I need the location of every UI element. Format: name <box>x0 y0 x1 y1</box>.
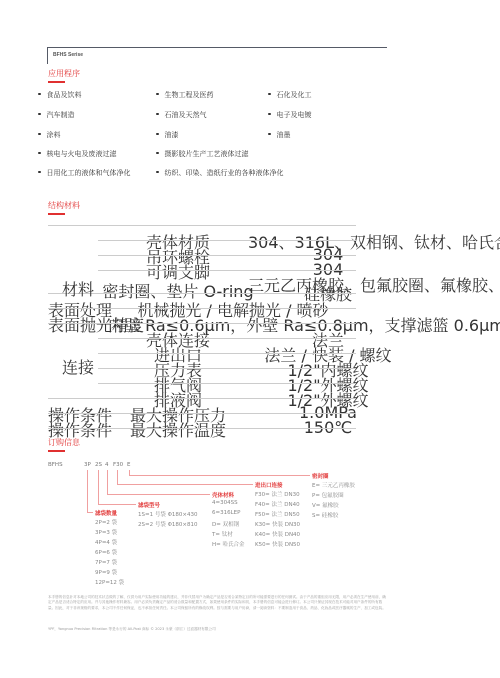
applications-title-text: 应用程序 <box>48 69 80 78</box>
option-item: 6=316LEP <box>212 510 240 516</box>
series-header: BFHS Serise <box>47 47 387 59</box>
code-part: E <box>127 462 130 468</box>
application-item: 食品及饮料 <box>38 90 82 100</box>
connector-line <box>98 470 99 504</box>
option-item: K40= 快装 DN40 <box>255 530 300 538</box>
connector-line <box>117 484 253 485</box>
option-group-title: 进出口连接 <box>255 481 283 489</box>
table-rule <box>48 323 356 324</box>
option-group-title: 密封圈 <box>312 472 329 480</box>
bullet-icon <box>156 113 159 116</box>
materials-title-text: 结构材料 <box>48 201 80 210</box>
bullet-icon <box>38 113 41 116</box>
table-rule <box>48 398 356 399</box>
option-item: H= 哈氏合金 <box>212 540 245 548</box>
table-rule <box>98 270 356 271</box>
application-label: 石化及化工 <box>277 91 312 99</box>
header-left-rule <box>47 48 48 64</box>
connector-line <box>87 470 88 512</box>
table-rule <box>98 383 356 384</box>
application-item: 涂料 <box>38 130 61 140</box>
bullet-icon <box>156 93 159 96</box>
option-item: P= 包氟胶圈 <box>312 491 344 499</box>
application-label: 油墨 <box>277 131 291 139</box>
code-part: 4 <box>105 462 109 468</box>
code-part: 2S <box>95 462 102 468</box>
option-item: 4=304SS <box>212 500 238 506</box>
bullet-icon <box>268 113 271 116</box>
application-item: 汽车制造 <box>38 110 75 120</box>
table-rule <box>98 240 356 241</box>
application-label: 纺织、印染、造纸行业的各种液体净化 <box>165 169 284 177</box>
option-group-title: 壳体材料 <box>212 491 234 499</box>
footnote: 本手册的信息针对本地公司的技术状态做的了解，仅供为用户实际使用功能的建议，并非代… <box>48 595 388 611</box>
option-item: F50= 法兰 DN50 <box>255 510 300 518</box>
option-group-title: 滤袋数量 <box>95 509 117 517</box>
option-item: 1S=1 号袋 Φ180×430 <box>138 510 198 518</box>
connector-line <box>98 504 136 505</box>
option-item: 4P=4 袋 <box>95 538 117 546</box>
bullet-icon <box>38 171 41 174</box>
code-part: F30 <box>113 462 123 468</box>
code-part: BFHS <box>48 462 63 468</box>
application-label: 电子及电镀 <box>277 111 312 119</box>
title-underline <box>48 450 65 452</box>
connector-line <box>129 475 310 476</box>
application-item: 石油及天然气 <box>156 110 207 120</box>
ordering-title: 订购信息 <box>48 437 80 448</box>
application-label: 日用化工的液体和气体净化 <box>47 169 131 177</box>
option-item: 12P=12 袋 <box>95 578 124 586</box>
bullet-icon <box>38 133 41 136</box>
table-rule <box>48 225 356 226</box>
copyright: YPF，Yongnuo Precision Filtration 等是永行的 A… <box>48 627 216 632</box>
bullet-icon <box>38 93 41 96</box>
application-item: 油墨 <box>268 130 291 140</box>
table-rule <box>98 353 356 354</box>
option-item: K30= 快装 DN30 <box>255 520 300 528</box>
spec-value: 150℃ <box>248 418 408 437</box>
series-label: BFHS Serise <box>53 52 83 58</box>
option-item: F40= 法兰 DN40 <box>255 500 300 508</box>
option-item: 3P=3 袋 <box>95 528 117 536</box>
application-item: 油漆 <box>156 130 179 140</box>
ordering-title-text: 订购信息 <box>48 438 80 447</box>
spec-group: 材料 <box>48 277 108 300</box>
connector-line <box>107 470 108 494</box>
option-item: 2S=2 号袋 Φ180×810 <box>138 520 198 528</box>
application-label: 摄影胶片生产工艺液体过滤 <box>165 150 249 158</box>
spec-group: 连接 <box>48 355 108 378</box>
option-item: D= 双相钢 <box>212 520 239 528</box>
option-item: K50= 快装 DN50 <box>255 540 300 548</box>
table-rule <box>98 255 356 256</box>
application-label: 生物工程及医药 <box>165 91 214 99</box>
connector-line <box>107 494 210 495</box>
title-underline <box>48 81 65 83</box>
option-item: 9P=9 袋 <box>95 568 117 576</box>
bullet-icon <box>156 133 159 136</box>
applications-title: 应用程序 <box>48 68 80 79</box>
table-rule <box>48 413 356 414</box>
application-item: 生物工程及医药 <box>156 90 214 100</box>
option-item: V= 氟橡胶 <box>312 501 339 509</box>
table-rule <box>48 308 356 309</box>
table-rule <box>98 368 356 369</box>
option-item: 7P=7 袋 <box>95 558 117 566</box>
table-rule <box>48 428 356 429</box>
bullet-icon <box>156 171 159 174</box>
option-group-title: 滤袋型号 <box>138 501 160 509</box>
application-label: 核电与火电及废液过滤 <box>47 150 117 158</box>
table-rule <box>98 338 356 339</box>
bullet-icon <box>268 133 271 136</box>
application-item: 石化及化工 <box>268 90 312 100</box>
spec-item: 最大操作温度 <box>98 418 258 441</box>
application-label: 油漆 <box>165 131 179 139</box>
application-item: 电子及电镀 <box>268 110 312 120</box>
application-item: 摄影胶片生产工艺液体过滤 <box>156 149 249 159</box>
application-label: 食品及饮料 <box>47 91 82 99</box>
application-item: 核电与火电及废液过滤 <box>38 149 117 159</box>
option-item: 6P=6 袋 <box>95 548 117 556</box>
title-underline <box>48 213 65 215</box>
code-part: 3P <box>84 462 91 468</box>
application-label: 石油及天然气 <box>165 111 207 119</box>
connector-line <box>117 470 118 484</box>
option-item: F30= 法兰 DN30 <box>255 490 300 498</box>
materials-title: 结构材料 <box>48 200 80 211</box>
application-item: 纺织、印染、造纸行业的各种液体净化 <box>156 168 284 178</box>
option-item: E= 三元乙丙橡胶 <box>312 481 355 489</box>
connector-line <box>87 512 93 513</box>
application-label: 汽车制造 <box>47 111 75 119</box>
bullet-icon <box>38 152 41 155</box>
bullet-icon <box>268 93 271 96</box>
option-item: T= 钛材 <box>212 530 233 538</box>
application-label: 涂料 <box>47 131 61 139</box>
bullet-icon <box>156 152 159 155</box>
option-item: S= 硅橡胶 <box>312 511 338 519</box>
application-item: 日用化工的液体和气体净化 <box>38 168 131 178</box>
option-item: 2P=2 袋 <box>95 518 117 526</box>
